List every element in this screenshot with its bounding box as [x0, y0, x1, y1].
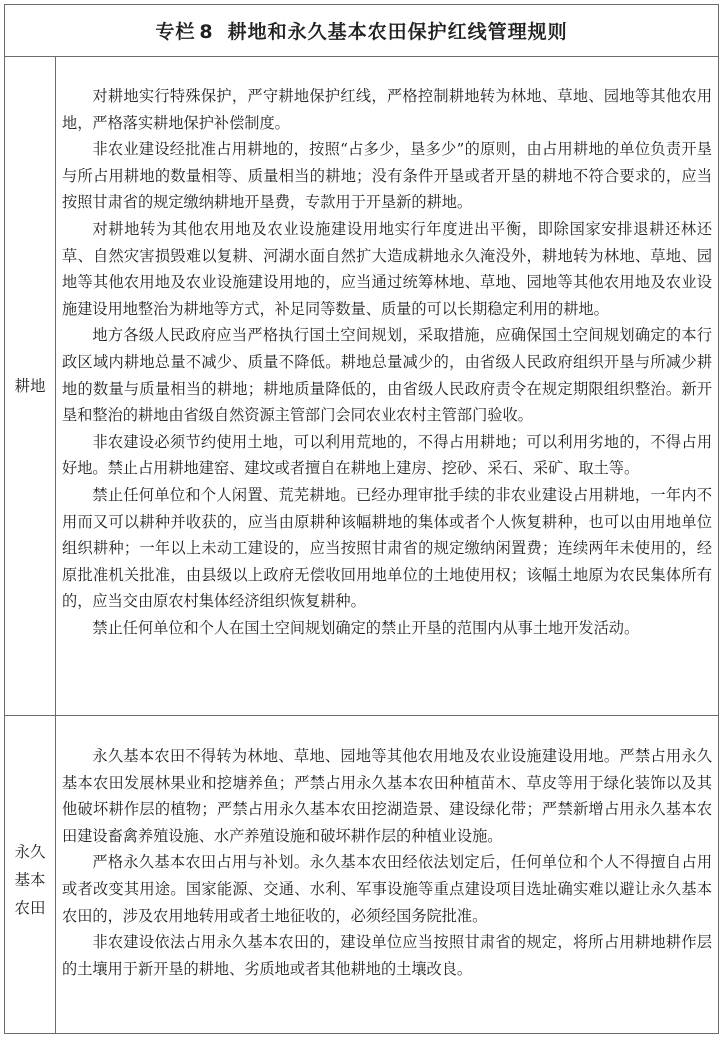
- section-label-line: 农田: [14, 894, 45, 922]
- section-label-line: 永久: [14, 838, 45, 866]
- title-text: 耕地和永久基本农田保护红线管理规则: [228, 21, 568, 43]
- paragraph: 对耕地转为其他农用地及农业设施建设用地实行年度进出平衡，即除国家安排退耕还林还草…: [62, 216, 712, 322]
- paragraph: 非农建设必须节约使用土地，可以利用荒地的，不得占用耕地；可以利用劣地的，不得占用…: [62, 429, 712, 482]
- section-label: 永久 基本 农田: [5, 716, 56, 1033]
- section-cultivated-land: 耕地 对耕地实行特殊保护，严守耕地保护红线，严格控制耕地转为林地、草地、园地等其…: [5, 57, 718, 716]
- section-label: 耕地: [5, 57, 56, 715]
- paragraph: 非农业建设经批准占用耕地的，按照“占多少，垦多少”的原则，由占用耕地的单位负责开…: [62, 136, 712, 216]
- section-content: 永久基本农田不得转为林地、草地、园地等其他农用地及农业设施建设用地。严禁占用永久…: [56, 716, 718, 1033]
- rules-table: 专栏8耕地和永久基本农田保护红线管理规则 耕地 对耕地实行特殊保护，严守耕地保护…: [4, 4, 719, 1034]
- paragraph: 禁止任何单位和个人闲置、荒芜耕地。已经办理审批手续的非农业建设占用耕地，一年内不…: [62, 482, 712, 615]
- section-content: 对耕地实行特殊保护，严守耕地保护红线，严格控制耕地转为林地、草地、园地等其他农用…: [56, 57, 718, 715]
- table-title: 专栏8耕地和永久基本农田保护红线管理规则: [155, 17, 567, 44]
- paragraph: 禁止任何单位和个人在国土空间规划确定的禁止开垦的范围内从事土地开发活动。: [62, 615, 712, 642]
- paragraph: 对耕地实行特殊保护，严守耕地保护红线，严格控制耕地转为林地、草地、园地等其他农用…: [62, 83, 712, 136]
- paragraph: 永久基本农田不得转为林地、草地、园地等其他农用地及农业设施建设用地。严禁占用永久…: [62, 743, 712, 849]
- paragraph: 地方各级人民政府应当严格执行国土空间规划，采取措施，应确保国土空间规划确定的本行…: [62, 322, 712, 428]
- paragraph: 非农建设依法占用永久基本农田的，建设单位应当按照甘肃省的规定，将所占用耕地耕作层…: [62, 929, 712, 982]
- paragraph: 严格永久基本农田占用与补划。永久基本农田经依法划定后，任何单位和个人不得擅自占用…: [62, 849, 712, 929]
- section-label-line: 基本: [14, 866, 45, 894]
- title-prefix: 专栏: [155, 21, 195, 43]
- section-permanent-basic-farmland: 永久 基本 农田 永久基本农田不得转为林地、草地、园地等其他农用地及农业设施建设…: [5, 716, 718, 1033]
- table-title-row: 专栏8耕地和永久基本农田保护红线管理规则: [5, 5, 718, 57]
- section-label-text: 耕地: [14, 372, 45, 400]
- title-number: 8: [199, 21, 213, 43]
